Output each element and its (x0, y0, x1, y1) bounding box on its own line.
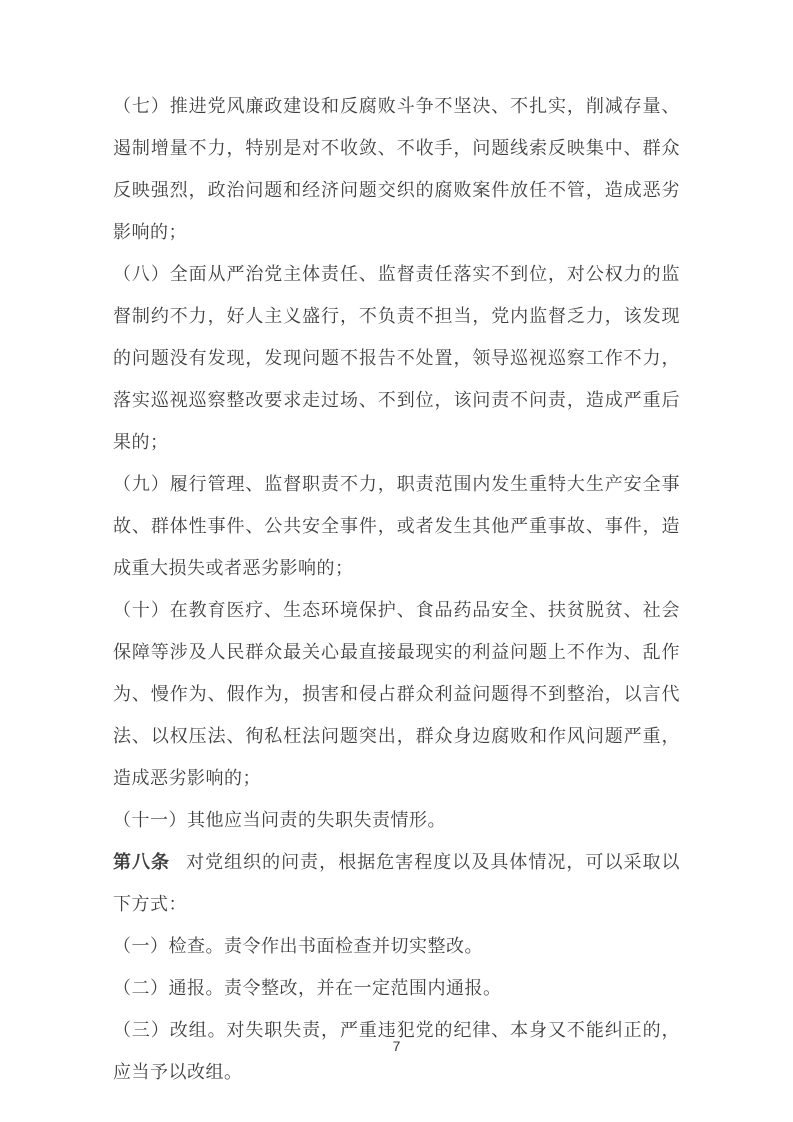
paragraph-measure-2: （二）通报。责令整改，并在一定范围内通报。 (113, 967, 680, 1009)
paragraph-text: （十一）其他应当问责的失职失责情形。 (113, 810, 446, 830)
document-body: （七）推进党风廉政建设和反腐败斗争不坚决、不扎实，削减存量、遏制增量不力，特别是… (113, 85, 680, 1093)
paragraph-text: （十）在教育医疗、生态环境保护、食品药品安全、扶贫脱贫、社会保障等涉及人民群众最… (113, 600, 680, 788)
paragraph-text: （七）推进党风廉政建设和反腐败斗争不坚决、不扎实，削减存量、遏制增量不力，特别是… (113, 96, 680, 242)
paragraph-measure-1: （一）检查。责令作出书面检查并切实整改。 (113, 925, 680, 967)
paragraph-article-8: 第八条对党组织的问责，根据危害程度以及具体情况，可以采取以下方式： (113, 841, 680, 925)
paragraph-text: （二）通报。责令整改，并在一定范围内通报。 (113, 978, 502, 998)
paragraph-item-11: （十一）其他应当问责的失职失责情形。 (113, 799, 680, 841)
paragraph-item-10: （十）在教育医疗、生态环境保护、食品药品安全、扶贫脱贫、社会保障等涉及人民群众最… (113, 589, 680, 799)
paragraph-text: （八）全面从严治党主体责任、监督责任落实不到位，对公权力的监督制约不力，好人主义… (113, 264, 680, 452)
paragraph-item-7: （七）推进党风廉政建设和反腐败斗争不坚决、不扎实，削减存量、遏制增量不力，特别是… (113, 85, 680, 253)
paragraph-item-8: （八）全面从严治党主体责任、监督责任落实不到位，对公权力的监督制约不力，好人主义… (113, 253, 680, 463)
document-page: （七）推进党风廉政建设和反腐败斗争不坚决、不扎实，削减存量、遏制增量不力，特别是… (0, 0, 793, 1122)
page-number: 7 (393, 1038, 401, 1054)
article-number-label: 第八条 (113, 852, 170, 872)
paragraph-text: （九）履行管理、监督职责不力，职责范围内发生重特大生产安全事故、群体性事件、公共… (113, 474, 680, 578)
paragraph-text: （一）检查。责令作出书面检查并切实整改。 (113, 936, 483, 956)
paragraph-text: 对党组织的问责，根据危害程度以及具体情况，可以采取以下方式： (113, 852, 680, 914)
page-footer: 7 (0, 1036, 793, 1056)
paragraph-item-9: （九）履行管理、监督职责不力，职责范围内发生重特大生产安全事故、群体性事件、公共… (113, 463, 680, 589)
